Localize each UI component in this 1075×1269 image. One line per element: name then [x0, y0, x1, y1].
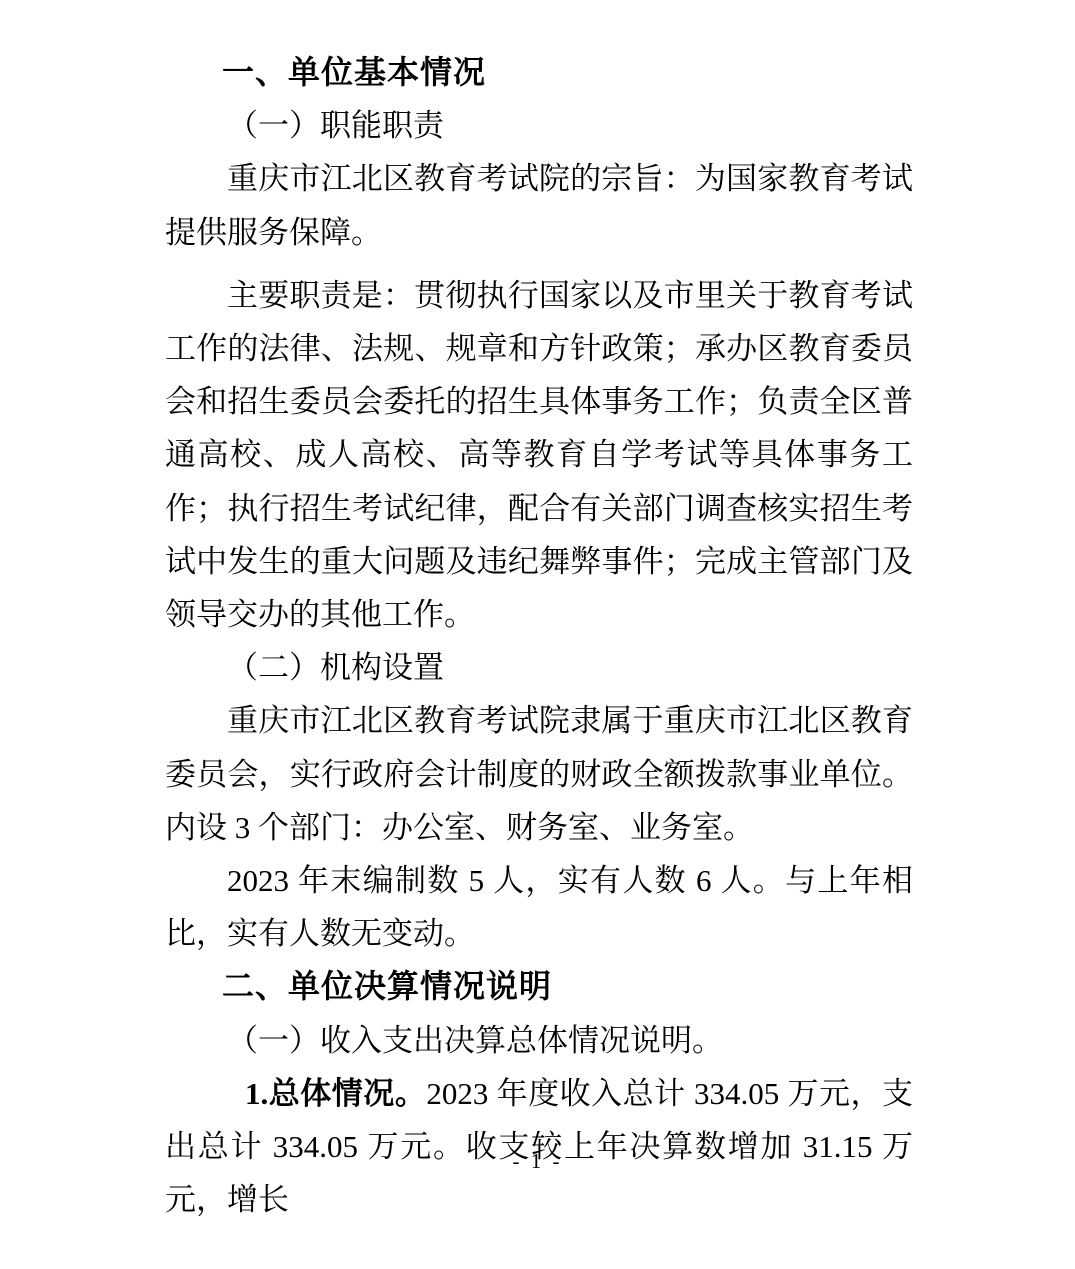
- document-page: 一、单位基本情况 （一）职能职责 重庆市江北区教育考试院的宗旨：为国家教育考试提…: [0, 0, 1075, 1269]
- document-body: 一、单位基本情况 （一）职能职责 重庆市江北区教育考试院的宗旨：为国家教育考试提…: [165, 46, 913, 1226]
- paragraph-organization: 重庆市江北区教育考试院隶属于重庆市江北区教育委员会，实行政府会计制度的财政全额拨…: [165, 694, 913, 854]
- section-heading-final-accounts: 二、单位决算情况说明: [165, 960, 913, 1013]
- page-number: - 1 -: [0, 1148, 1075, 1174]
- subsection-heading-income-expense: （一）收入支出决算总体情况说明。: [165, 1014, 913, 1067]
- paragraph-overall-situation: 1.总体情况。2023 年度收入总计 334.05 万元，支出总计 334.05…: [165, 1067, 913, 1227]
- section-heading-basic-info: 一、单位基本情况: [165, 46, 913, 99]
- numbered-item-lead: 1.总体情况。: [245, 1076, 426, 1111]
- subsection-heading-organization: （二）机构设置: [165, 641, 913, 694]
- subsection-heading-duties: （一）职能职责: [165, 99, 913, 152]
- paragraph-staffing: 2023 年末编制数 5 人，实有人数 6 人。与上年相比，实有人数无变动。: [165, 854, 913, 960]
- paragraph-purpose: 重庆市江北区教育考试院的宗旨：为国家教育考试提供服务保障。: [165, 152, 913, 258]
- paragraph-main-duties: 主要职责是：贯彻执行国家以及市里关于教育考试工作的法律、法规、规章和方针政策；承…: [165, 269, 913, 641]
